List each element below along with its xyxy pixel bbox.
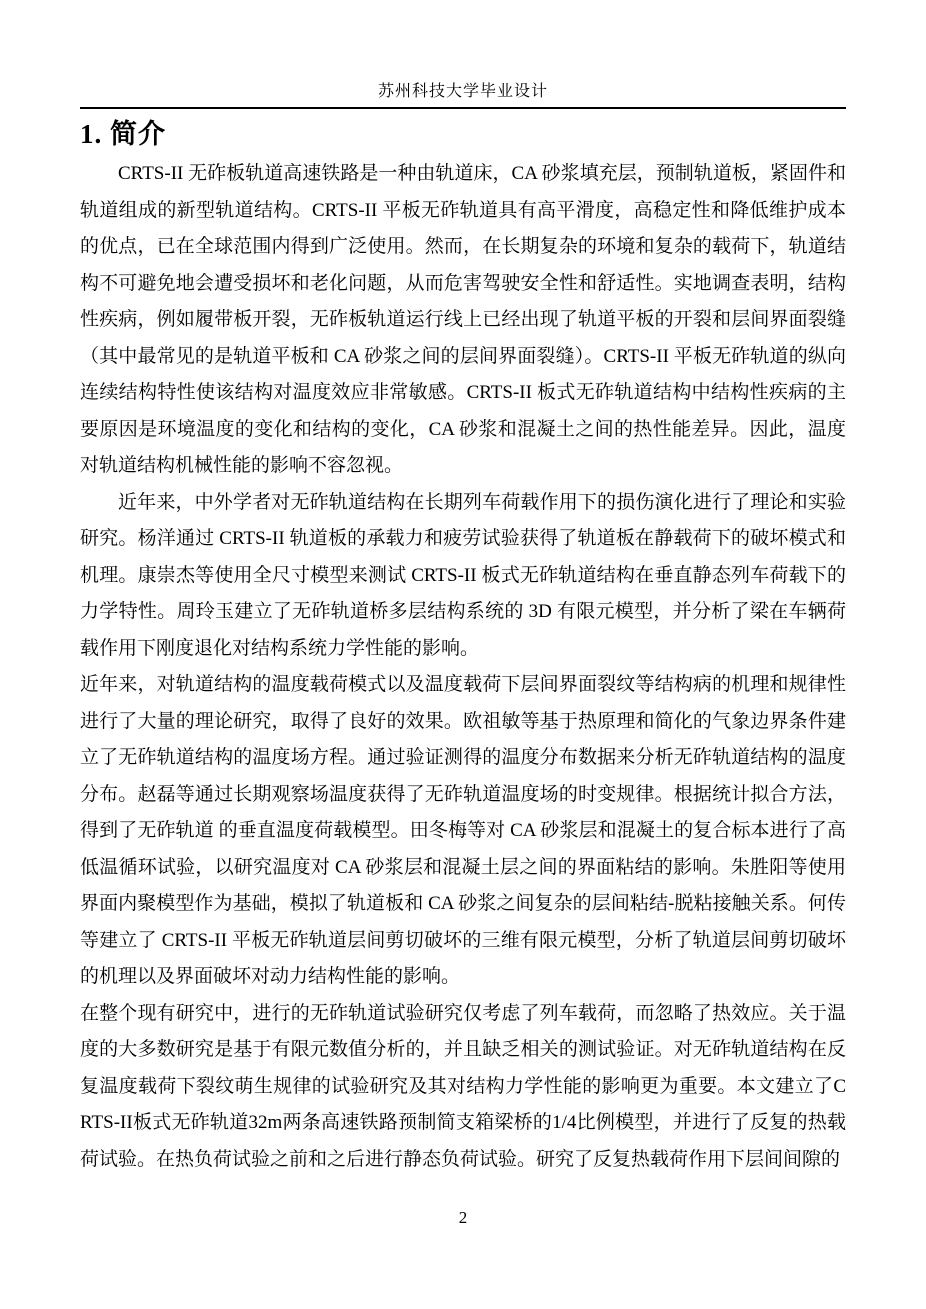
body-paragraph-1: CRTS-II 无砟板轨道高速铁路是一种由轨道床，CA 砂浆填充层，预制轨道板，… bbox=[80, 156, 846, 485]
section-heading: 1. 简介 bbox=[80, 118, 846, 150]
header-title: 苏州科技大学毕业设计 bbox=[378, 83, 548, 100]
document-page: 苏州科技大学毕业设计 1. 简介 CRTS-II 无砟板轨道高速铁路是一种由轨道… bbox=[80, 82, 846, 1178]
body-paragraph-3: 近年来，对轨道结构的温度载荷模式以及温度载荷下层间界面裂纹等结构病的机理和规律性… bbox=[80, 667, 846, 996]
page-number: 2 bbox=[459, 1208, 468, 1227]
page-footer: 2 bbox=[0, 1206, 926, 1230]
body-paragraph-2: 近年来，中外学者对无砟轨道结构在长期列车荷载作用下的损伤演化进行了理论和实验研究… bbox=[80, 485, 846, 668]
body-paragraph-4: 在整个现有研究中，进行的无砟轨道试验研究仅考虑了列车载荷，而忽略了热效应。关于温… bbox=[80, 996, 846, 1179]
page-header: 苏州科技大学毕业设计 bbox=[80, 82, 846, 109]
